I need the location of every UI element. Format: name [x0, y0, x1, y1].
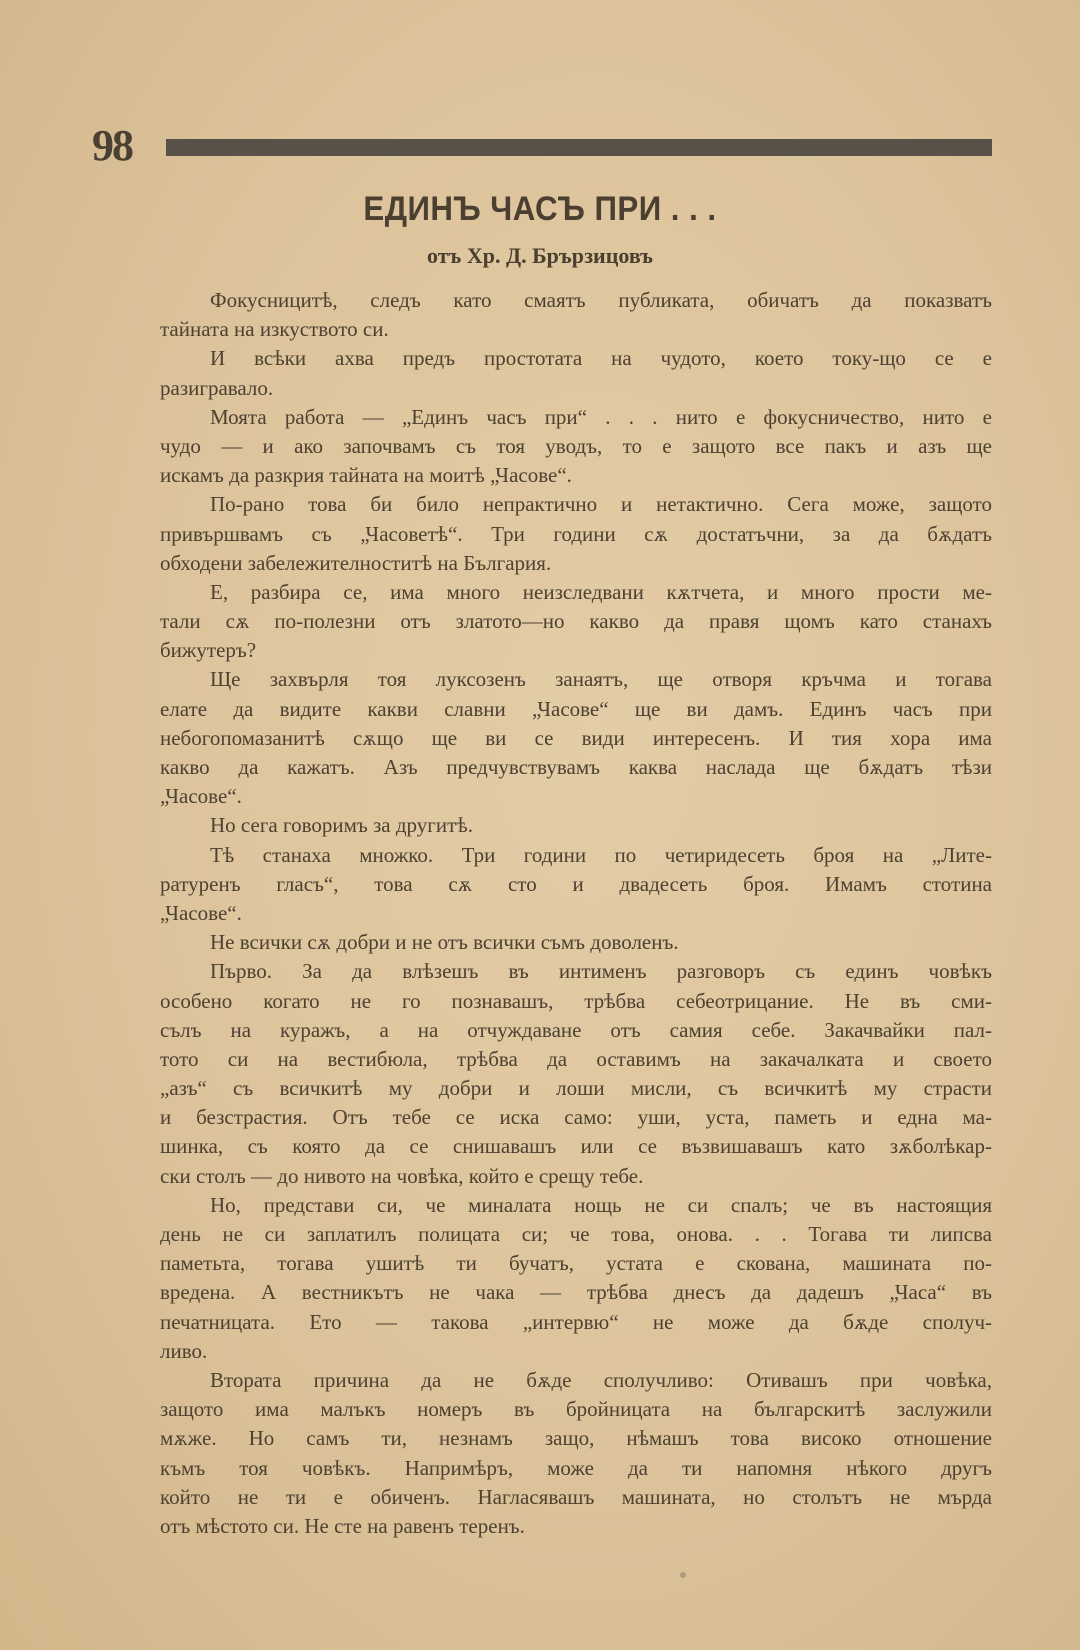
- print-smudge: [680, 1572, 686, 1578]
- page-number: 98: [92, 124, 132, 168]
- text-line: Но, представи си, че миналата нощь не си…: [160, 1191, 992, 1220]
- article-byline: отъ Хр. Д. Брързицовъ: [0, 243, 1080, 269]
- article-title: ЕДИНЪ ЧАСЪ ПРИ . . .: [43, 190, 1037, 229]
- text-line: който не ти е обиченъ. Нагласявашъ машин…: [160, 1483, 992, 1512]
- text-line: Ще захвърля тоя луксозенъ занаятъ, ще от…: [160, 665, 992, 694]
- text-line: паметьта, тогава ушитѣ ти бучатъ, устата…: [160, 1249, 992, 1278]
- text-line: день не си заплатилъ полицата си; че тов…: [160, 1220, 992, 1249]
- text-line: ратуренъ гласъ“, това сѫ сто и двадесеть…: [160, 870, 992, 899]
- text-line: особено когато не го познавашъ, трѣбва с…: [160, 987, 992, 1016]
- text-line: По-рано това би било непрактично и нетак…: [160, 490, 992, 519]
- text-line: Но сега говоримъ за другитѣ.: [160, 811, 992, 840]
- text-line: ливо.: [160, 1337, 992, 1366]
- header-rule: [166, 139, 992, 156]
- text-line: Е, разбира се, има много неизследвани кѫ…: [160, 578, 992, 607]
- text-line: „Часове“.: [160, 899, 992, 928]
- text-line: обходени забележителноститѣ на България.: [160, 549, 992, 578]
- text-line: Фокусницитѣ, следъ като смаятъ публиката…: [160, 286, 992, 315]
- text-line: Втората причина да не бѫде сполучливо: О…: [160, 1366, 992, 1395]
- text-line: Тѣ станаха множко. Три години по четирид…: [160, 841, 992, 870]
- text-line: „Часове“.: [160, 782, 992, 811]
- text-line: тайната на изкуството си.: [160, 315, 992, 344]
- article-body: Фокусницитѣ, следъ като смаятъ публиката…: [160, 286, 992, 1541]
- text-line: ски столъ — до нивото на човѣка, който е…: [160, 1162, 992, 1191]
- text-line: къмъ тоя човѣкъ. Напримѣръ, може да ти н…: [160, 1454, 992, 1483]
- text-line: „азъ“ съ всичкитѣ му добри и лоши мисли,…: [160, 1074, 992, 1103]
- text-line: привършвамъ съ „Часоветѣ“. Три години сѫ…: [160, 520, 992, 549]
- text-line: защото има малъкъ номеръ въ бройницата н…: [160, 1395, 992, 1424]
- text-line: искамъ да разкрия тайната на моитѣ „Часо…: [160, 461, 992, 490]
- text-line: бижутеръ?: [160, 636, 992, 665]
- text-line: отъ мѣстото си. Не сте на равенъ теренъ.: [160, 1512, 992, 1541]
- text-line: И всѣки ахва предъ простотата на чудото,…: [160, 344, 992, 373]
- text-line: и безстрастия. Отъ тебе се иска само: уш…: [160, 1103, 992, 1132]
- text-line: небогопомазанитѣ сѫщо ще ви се види инте…: [160, 724, 992, 753]
- text-line: сълъ на куражъ, а на отчуждаване отъ сам…: [160, 1016, 992, 1045]
- text-line: шинка, съ която да се снишавашъ или се в…: [160, 1132, 992, 1161]
- text-line: печатницата. Ето — такова „интервю“ не м…: [160, 1308, 992, 1337]
- text-line: мѫже. Но самъ ти, незнамъ защо, нѣмашъ т…: [160, 1424, 992, 1453]
- text-line: вредена. А вестникътъ не чака — трѣбва д…: [160, 1278, 992, 1307]
- text-line: чудо — и ако започвамъ съ тоя уводъ, то …: [160, 432, 992, 461]
- text-line: Не всички сѫ добри и не отъ всички съмъ …: [160, 928, 992, 957]
- text-line: разигравало.: [160, 374, 992, 403]
- text-line: Първо. За да влѣзешъ въ интименъ разгово…: [160, 957, 992, 986]
- text-line: елате да видите какви славни „Часове“ ще…: [160, 695, 992, 724]
- text-line: какво да кажатъ. Азъ предчувствувамъ как…: [160, 753, 992, 782]
- text-line: Моята работа — „Единъ часъ при“ . . . ни…: [160, 403, 992, 432]
- text-line: тали сѫ по-полезни отъ златото—но какво …: [160, 607, 992, 636]
- text-line: тото си на вестибюла, трѣбва да оставимъ…: [160, 1045, 992, 1074]
